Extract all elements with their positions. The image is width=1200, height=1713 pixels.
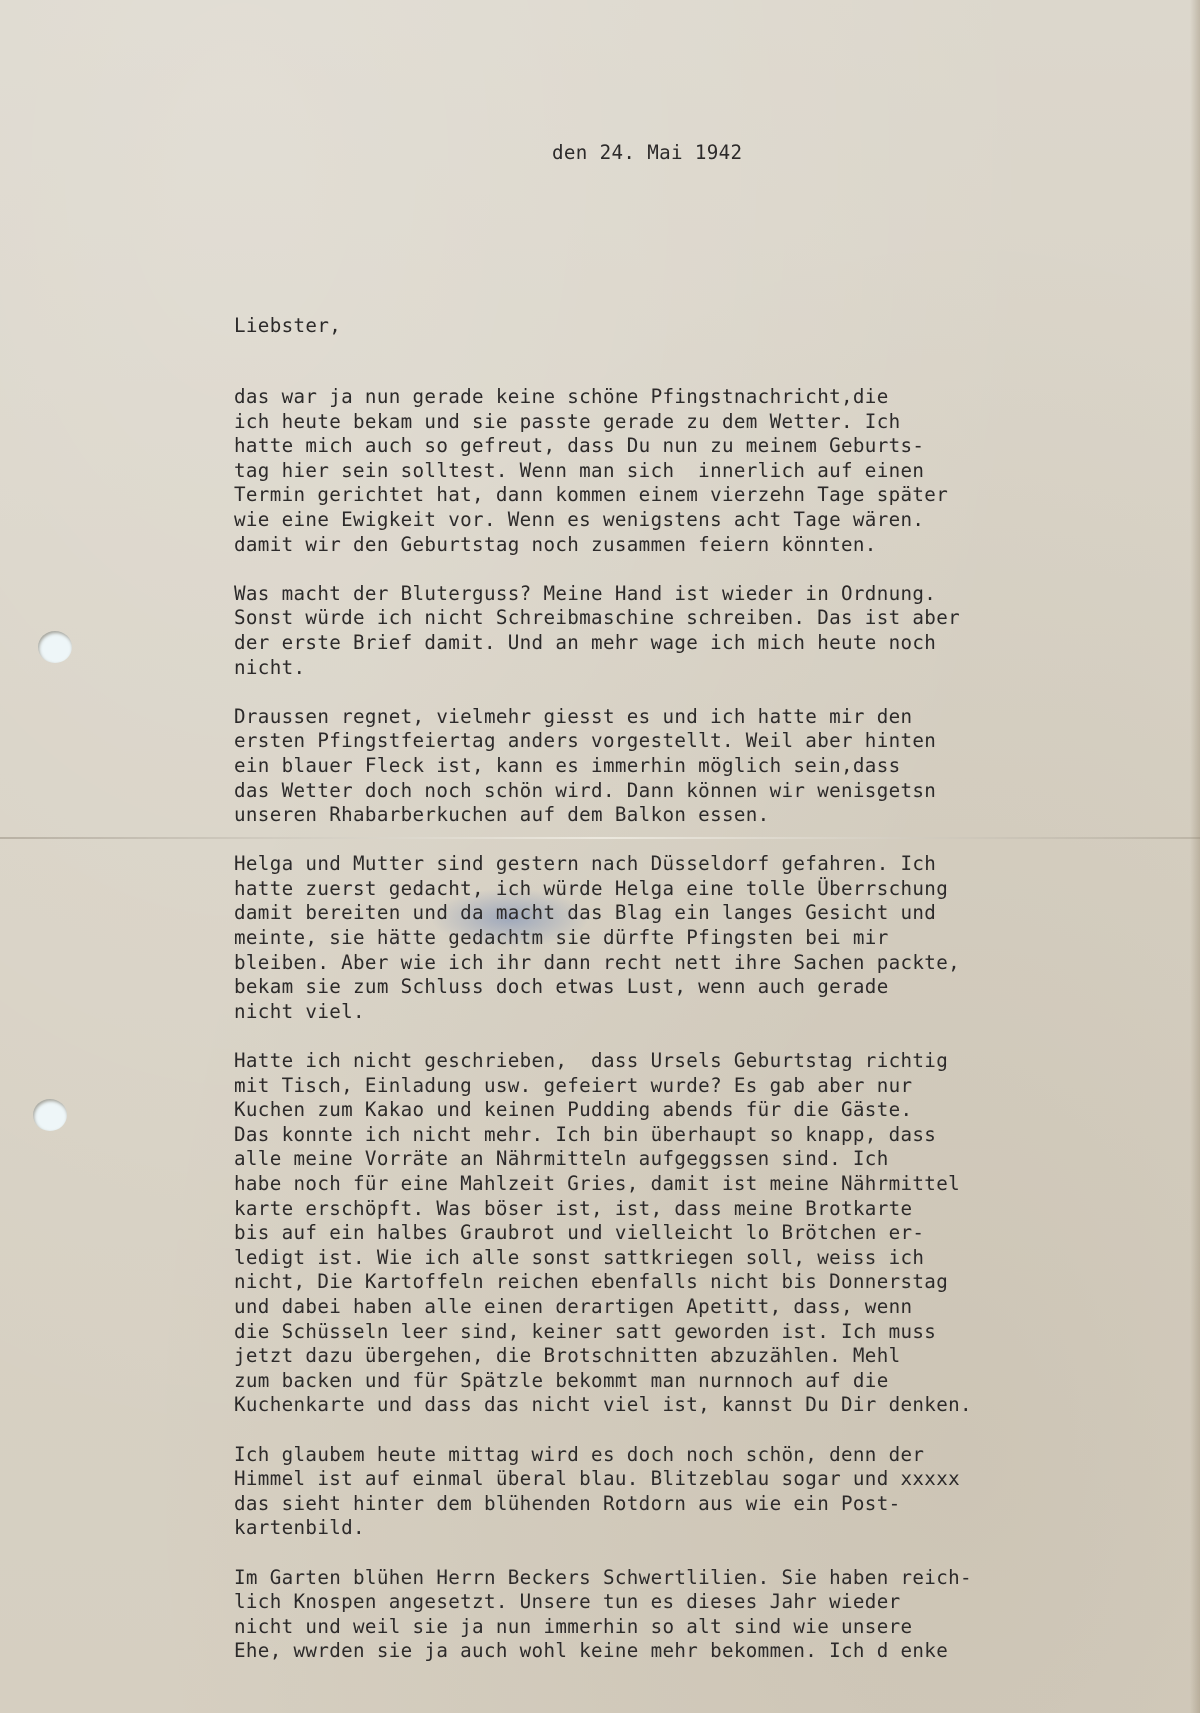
letter-line: bekam sie zum Schluss doch etwas Lust, w…	[234, 975, 972, 1000]
letter-paragraph: Im Garten blühen Herrn Beckers Schwertli…	[234, 1566, 972, 1664]
letter-line: meinte, sie hätte gedachtm sie dürfte Pf…	[234, 926, 972, 951]
letter-line: nicht.	[234, 656, 972, 681]
paper-edge	[1190, 0, 1200, 1713]
letter-line: das sieht hinter dem blühenden Rotdorn a…	[234, 1492, 972, 1517]
letter-paragraph: Helga und Mutter sind gestern nach Düsse…	[234, 852, 972, 1024]
letter-body: das war ja nun gerade keine schöne Pfing…	[234, 385, 972, 1688]
letter-line: ersten Pfingstfeiertag anders vorgestell…	[234, 729, 972, 754]
letter-line: Was macht der Bluterguss? Meine Hand ist…	[234, 582, 972, 607]
letter-line: Sonst würde ich nicht Schreibmaschine sc…	[234, 606, 972, 631]
letter-date: den 24. Mai 1942	[552, 141, 742, 164]
letter-paragraph: Ich glaubem heute mittag wird es doch no…	[234, 1443, 972, 1541]
letter-line: Hatte ich nicht geschrieben, dass Ursels…	[234, 1049, 972, 1074]
letter-line: kartenbild.	[234, 1516, 972, 1541]
letter-line: das Wetter doch noch schön wird. Dann kö…	[234, 779, 972, 804]
letter-line: zum backen und für Spätzle bekommt man n…	[234, 1369, 972, 1394]
letter-line: Himmel ist auf einmal überal blau. Blitz…	[234, 1467, 972, 1492]
letter-paragraph: Was macht der Bluterguss? Meine Hand ist…	[234, 582, 972, 680]
letter-line: Termin gerichtet hat, dann kommen einem …	[234, 483, 972, 508]
letter-line: Draussen regnet, vielmehr giesst es und …	[234, 705, 972, 730]
letter-page: den 24. Mai 1942 Liebster, das war ja nu…	[0, 0, 1200, 1713]
letter-line: alle meine Vorräte an Nährmitteln aufgeg…	[234, 1147, 972, 1172]
letter-line: Das konnte ich nicht mehr. Ich bin überh…	[234, 1123, 972, 1148]
letter-line: damit wir den Geburtstag noch zusammen f…	[234, 533, 972, 558]
letter-line: unseren Rhabarberkuchen auf dem Balkon e…	[234, 803, 972, 828]
letter-line: und dabei haben alle einen derartigen Ap…	[234, 1295, 972, 1320]
letter-line: nicht viel.	[234, 1000, 972, 1025]
letter-line: Kuchen zum Kakao und keinen Pudding aben…	[234, 1098, 972, 1123]
letter-line: wie eine Ewigkeit vor. Wenn es wenigsten…	[234, 508, 972, 533]
letter-line: tag hier sein solltest. Wenn man sich in…	[234, 459, 972, 484]
letter-line: lich Knospen angesetzt. Unsere tun es di…	[234, 1590, 972, 1615]
letter-line: jetzt dazu übergehen, die Brotschnitten …	[234, 1344, 972, 1369]
letter-line: nicht, Die Kartoffeln reichen ebenfalls …	[234, 1270, 972, 1295]
punch-hole-icon	[33, 1099, 67, 1131]
letter-line: Kuchenkarte und dass das nicht viel ist,…	[234, 1393, 972, 1418]
letter-line: ledigt ist. Wie ich alle sonst sattkrieg…	[234, 1246, 972, 1271]
letter-line: habe noch für eine Mahlzeit Gries, damit…	[234, 1172, 972, 1197]
letter-line: Helga und Mutter sind gestern nach Düsse…	[234, 852, 972, 877]
letter-line: die Schüsseln leer sind, keiner satt gew…	[234, 1320, 972, 1345]
letter-line: nicht und weil sie ja nun immerhin so al…	[234, 1615, 972, 1640]
letter-line: damit bereiten und da macht das Blag ein…	[234, 901, 972, 926]
letter-paragraph: das war ja nun gerade keine schöne Pfing…	[234, 385, 972, 557]
letter-line: Ehe, wwrden sie ja auch wohl keine mehr …	[234, 1639, 972, 1664]
letter-salutation: Liebster,	[234, 314, 341, 337]
letter-line: ein blauer Fleck ist, kann es immerhin m…	[234, 754, 972, 779]
letter-line: der erste Brief damit. Und an mehr wage …	[234, 631, 972, 656]
letter-line: bis auf ein halbes Graubrot und vielleic…	[234, 1221, 972, 1246]
letter-line: ich heute bekam und sie passte gerade zu…	[234, 410, 972, 435]
letter-line: bleiben. Aber wie ich ihr dann recht net…	[234, 951, 972, 976]
punch-hole-icon	[38, 631, 72, 663]
letter-line: das war ja nun gerade keine schöne Pfing…	[234, 385, 972, 410]
letter-line: hatte mich auch so gefreut, dass Du nun …	[234, 434, 972, 459]
letter-line: Ich glaubem heute mittag wird es doch no…	[234, 1443, 972, 1468]
letter-line: karte erschöpft. Was böser ist, ist, das…	[234, 1197, 972, 1222]
letter-paragraph: Draussen regnet, vielmehr giesst es und …	[234, 705, 972, 828]
letter-paragraph: Hatte ich nicht geschrieben, dass Ursels…	[234, 1049, 972, 1418]
letter-line: hatte zuerst gedacht, ich würde Helga ei…	[234, 877, 972, 902]
letter-line: Im Garten blühen Herrn Beckers Schwertli…	[234, 1566, 972, 1591]
letter-line: mit Tisch, Einladung usw. gefeiert wurde…	[234, 1074, 972, 1099]
